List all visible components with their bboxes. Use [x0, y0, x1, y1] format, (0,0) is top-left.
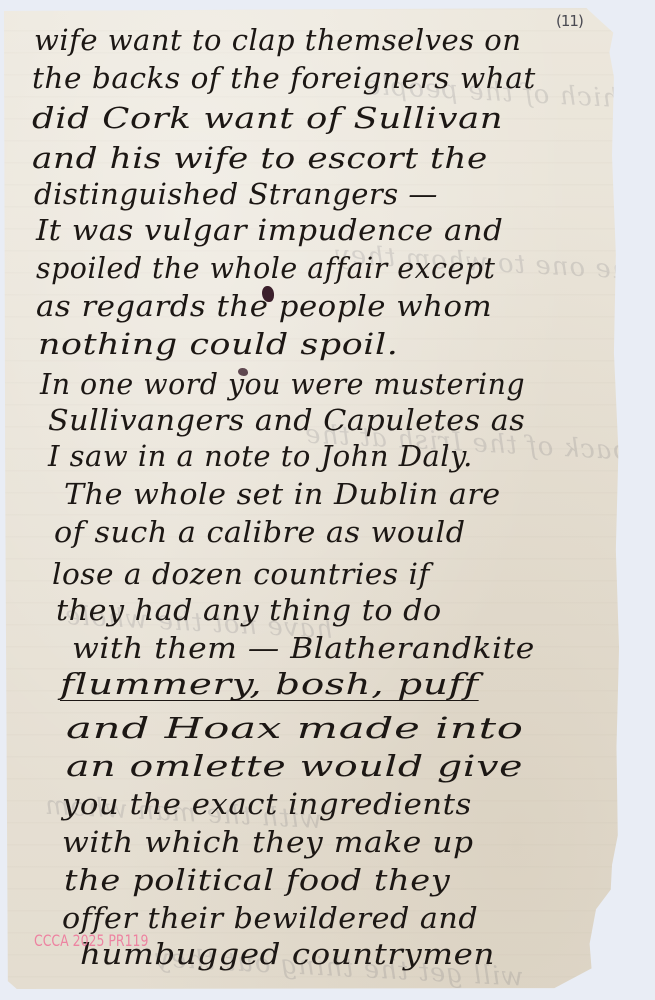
- text-line: In one word you were mustering: [40, 370, 525, 399]
- text-line: the political food they: [64, 866, 450, 895]
- text-line: with them — Blatherandkite: [72, 634, 535, 663]
- text-line: wife want to clap themselves on: [34, 26, 521, 55]
- text-line: spoiled the whole affair except: [36, 254, 495, 283]
- letter-page: which of the people the one to whom they…: [4, 8, 644, 993]
- text-line: and his wife to escort the: [32, 144, 488, 173]
- text-line: flummery, bosh, puff: [60, 670, 479, 699]
- text-line: nothing could spoil.: [38, 330, 398, 359]
- text-line: lose a dozen countries if: [52, 560, 430, 589]
- text-line: an omlette would give: [66, 752, 523, 781]
- text-line: of such a calibre as would: [54, 518, 466, 547]
- text-line: you the exact ingredients: [62, 790, 472, 819]
- text-line: the backs of the foreigners what: [32, 64, 536, 93]
- text-line: I saw in a note to John Daly.: [48, 442, 473, 471]
- text-line: Sullivangers and Capuletes as: [48, 406, 525, 435]
- text-line: and Hoax made into: [66, 714, 524, 743]
- page-number-annotation: (11): [556, 12, 583, 30]
- text-line: did Cork want of Sullivan: [32, 104, 503, 133]
- ink-blot: [238, 368, 248, 376]
- ink-blot: [262, 286, 274, 302]
- watermark: CCCA 2025 PR119: [34, 931, 148, 950]
- text-line: It was vulgar impudence and: [36, 216, 503, 245]
- text-line: they had any thing to do: [56, 596, 442, 625]
- text-line: distinguished Strangers —: [34, 180, 438, 209]
- text-line: The whole set in Dublin are: [64, 480, 501, 509]
- text-line: with which they make up: [62, 828, 474, 857]
- text-line: offer their bewildered and: [62, 904, 478, 933]
